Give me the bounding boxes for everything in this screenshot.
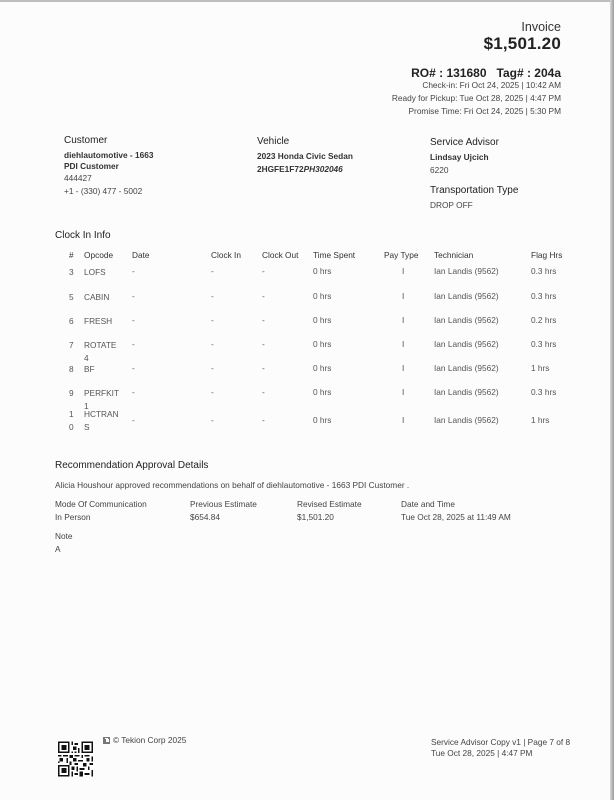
column-header-flag-hrs: Flag Hrs xyxy=(531,250,562,260)
cell-time-spent: 0 hrs xyxy=(313,339,331,349)
datetime-label: Date and Time xyxy=(401,499,455,509)
cell-opcode: ROTATE4 xyxy=(84,339,120,365)
cell-clock-in: - xyxy=(211,415,214,425)
clock-in-title: Clock In Info xyxy=(55,230,111,241)
vehicle-vin: 2HGFE1F72PH302046 xyxy=(257,164,343,175)
cell-clock-out: - xyxy=(262,315,265,325)
vehicle-description: 2023 Honda Civic Sedan xyxy=(257,151,353,162)
column-header-clock-in: Clock In xyxy=(211,250,241,260)
cell-num: 10 xyxy=(69,408,76,434)
cell-clock-out: - xyxy=(262,415,265,425)
cell-date: - xyxy=(132,363,135,373)
cell-num: 3 xyxy=(69,266,76,279)
cell-opcode: CABIN xyxy=(84,291,120,304)
cell-date: - xyxy=(132,291,135,301)
vin-suffix: PH302046 xyxy=(304,164,343,174)
column-header-opcode: Opcode xyxy=(84,250,113,260)
customer-name-line2: PDI Customer xyxy=(64,161,153,172)
tag-number: Tag# : 204a xyxy=(497,66,561,80)
cell-date: - xyxy=(132,387,135,397)
cell-pay-type: I xyxy=(402,387,404,397)
cell-clock-in: - xyxy=(211,387,214,397)
cell-flag-hrs: 0.3 hrs xyxy=(531,291,556,301)
transportation-value: DROP OFF xyxy=(430,200,473,210)
service-advisor-name: Lindsay Ujcich xyxy=(430,152,489,163)
cell-time-spent: 0 hrs xyxy=(313,266,331,276)
cell-time-spent: 0 hrs xyxy=(313,363,331,373)
cell-num: 8 xyxy=(69,363,76,376)
column-header-num: # xyxy=(69,250,74,260)
vin-prefix: 2HGFE1F72 xyxy=(257,164,304,174)
cell-technician: Ian Landis (9562) xyxy=(434,387,499,397)
cell-technician: Ian Landis (9562) xyxy=(434,291,499,301)
cell-date: - xyxy=(132,415,135,425)
customer-title: Customer xyxy=(64,135,107,146)
cell-technician: Ian Landis (9562) xyxy=(434,315,499,325)
note-value: A xyxy=(55,544,61,554)
vehicle-title: Vehicle xyxy=(257,136,289,147)
cell-clock-in: - xyxy=(211,363,214,373)
column-header-date: Date xyxy=(132,250,150,260)
customer-name-line1: diehlautomotive - 1663 xyxy=(64,150,153,161)
cell-clock-out: - xyxy=(262,387,265,397)
cell-technician: Ian Landis (9562) xyxy=(434,339,499,349)
copy-info: Service Advisor Copy v1 | Page 7 of 8 xyxy=(431,737,570,747)
cell-date: - xyxy=(132,339,135,349)
cell-num: 9 xyxy=(69,387,76,400)
cell-flag-hrs: 0.3 hrs xyxy=(531,387,556,397)
cell-opcode: FRESH xyxy=(84,315,120,328)
tekion-logo-icon xyxy=(103,737,110,744)
cell-technician: Ian Landis (9562) xyxy=(434,363,499,373)
revised-estimate-value: $1,501.20 xyxy=(297,512,334,522)
customer-name: diehlautomotive - 1663 PDI Customer xyxy=(64,150,153,172)
mode-label: Mode Of Communication xyxy=(55,499,147,509)
column-header-technician: Technician xyxy=(434,250,473,260)
cell-technician: Ian Landis (9562) xyxy=(434,415,499,425)
cell-flag-hrs: 0.2 hrs xyxy=(531,315,556,325)
recommendation-statement: Alicia Houshour approved recommendations… xyxy=(55,480,409,490)
transportation-title: Transportation Type xyxy=(430,185,518,196)
cell-technician: Ian Landis (9562) xyxy=(434,266,499,276)
cell-opcode: HCTRANS xyxy=(84,408,120,434)
cell-num: 5 xyxy=(69,291,76,304)
invoice-total: $1,501.20 xyxy=(484,34,561,54)
customer-phone[interactable]: +1 - (330) 477 - 5002 xyxy=(64,186,142,196)
cell-pay-type: I xyxy=(402,339,404,349)
cell-clock-out: - xyxy=(262,363,265,373)
cell-clock-out: - xyxy=(262,339,265,349)
cell-pay-type: I xyxy=(402,291,404,301)
revised-estimate-label: Revised Estimate xyxy=(297,499,362,509)
cell-flag-hrs: 0.3 hrs xyxy=(531,339,556,349)
cell-pay-type: I xyxy=(402,315,404,325)
cell-date: - xyxy=(132,315,135,325)
cell-num: 7 xyxy=(69,339,76,352)
column-header-clock-out: Clock Out xyxy=(262,250,298,260)
cell-clock-out: - xyxy=(262,291,265,301)
cell-opcode: BF xyxy=(84,363,120,376)
document-type: Invoice xyxy=(521,20,561,34)
cell-time-spent: 0 hrs xyxy=(313,291,331,301)
cell-clock-in: - xyxy=(211,339,214,349)
ready-for-pickup-time: Ready for Pickup: Tue Oct 28, 2025 | 4:4… xyxy=(392,93,561,103)
cell-num: 6 xyxy=(69,315,76,328)
cell-clock-in: - xyxy=(211,315,214,325)
check-in-time: Check-in: Fri Oct 24, 2025 | 10:42 AM xyxy=(422,80,561,90)
page-edge-top xyxy=(0,0,614,2)
cell-time-spent: 0 hrs xyxy=(313,315,331,325)
customer-id: 444427 xyxy=(64,173,92,183)
cell-time-spent: 0 hrs xyxy=(313,415,331,425)
mode-value: In Person xyxy=(55,512,91,522)
copyright: © Tekion Corp 2025 xyxy=(103,735,186,745)
qr-code xyxy=(58,741,93,777)
promise-time: Promise Time: Fri Oct 24, 2025 | 5:30 PM xyxy=(409,106,561,116)
cell-flag-hrs: 0.3 hrs xyxy=(531,266,556,276)
cell-clock-out: - xyxy=(262,266,265,276)
cell-flag-hrs: 1 hrs xyxy=(531,363,549,373)
printed-datetime: Tue Oct 28, 2025 | 4:47 PM xyxy=(431,748,532,758)
service-advisor-title: Service Advisor xyxy=(430,137,499,148)
cell-time-spent: 0 hrs xyxy=(313,387,331,397)
recommendation-title: Recommendation Approval Details xyxy=(55,460,208,471)
datetime-value: Tue Oct 28, 2025 at 11:49 AM xyxy=(401,512,511,522)
ro-number: RO# : 131680 xyxy=(411,66,486,80)
cell-flag-hrs: 1 hrs xyxy=(531,415,549,425)
cell-clock-in: - xyxy=(211,266,214,276)
cell-date: - xyxy=(132,266,135,276)
copyright-text: © Tekion Corp 2025 xyxy=(113,735,186,745)
service-advisor-id: 6220 xyxy=(430,165,448,175)
cell-clock-in: - xyxy=(211,291,214,301)
cell-pay-type: I xyxy=(402,363,404,373)
cell-pay-type: I xyxy=(402,415,404,425)
cell-opcode: LOFS xyxy=(84,266,120,279)
previous-estimate-label: Previous Estimate xyxy=(190,499,257,509)
note-label: Note xyxy=(55,531,73,541)
ro-tag-line: RO# : 131680Tag# : 204a xyxy=(411,66,561,80)
previous-estimate-value: $654.84 xyxy=(190,512,220,522)
column-header-time-spent: Time Spent xyxy=(313,250,355,260)
page-edge-right xyxy=(610,0,614,800)
cell-pay-type: I xyxy=(402,266,404,276)
column-header-pay-type: Pay Type xyxy=(384,250,418,260)
